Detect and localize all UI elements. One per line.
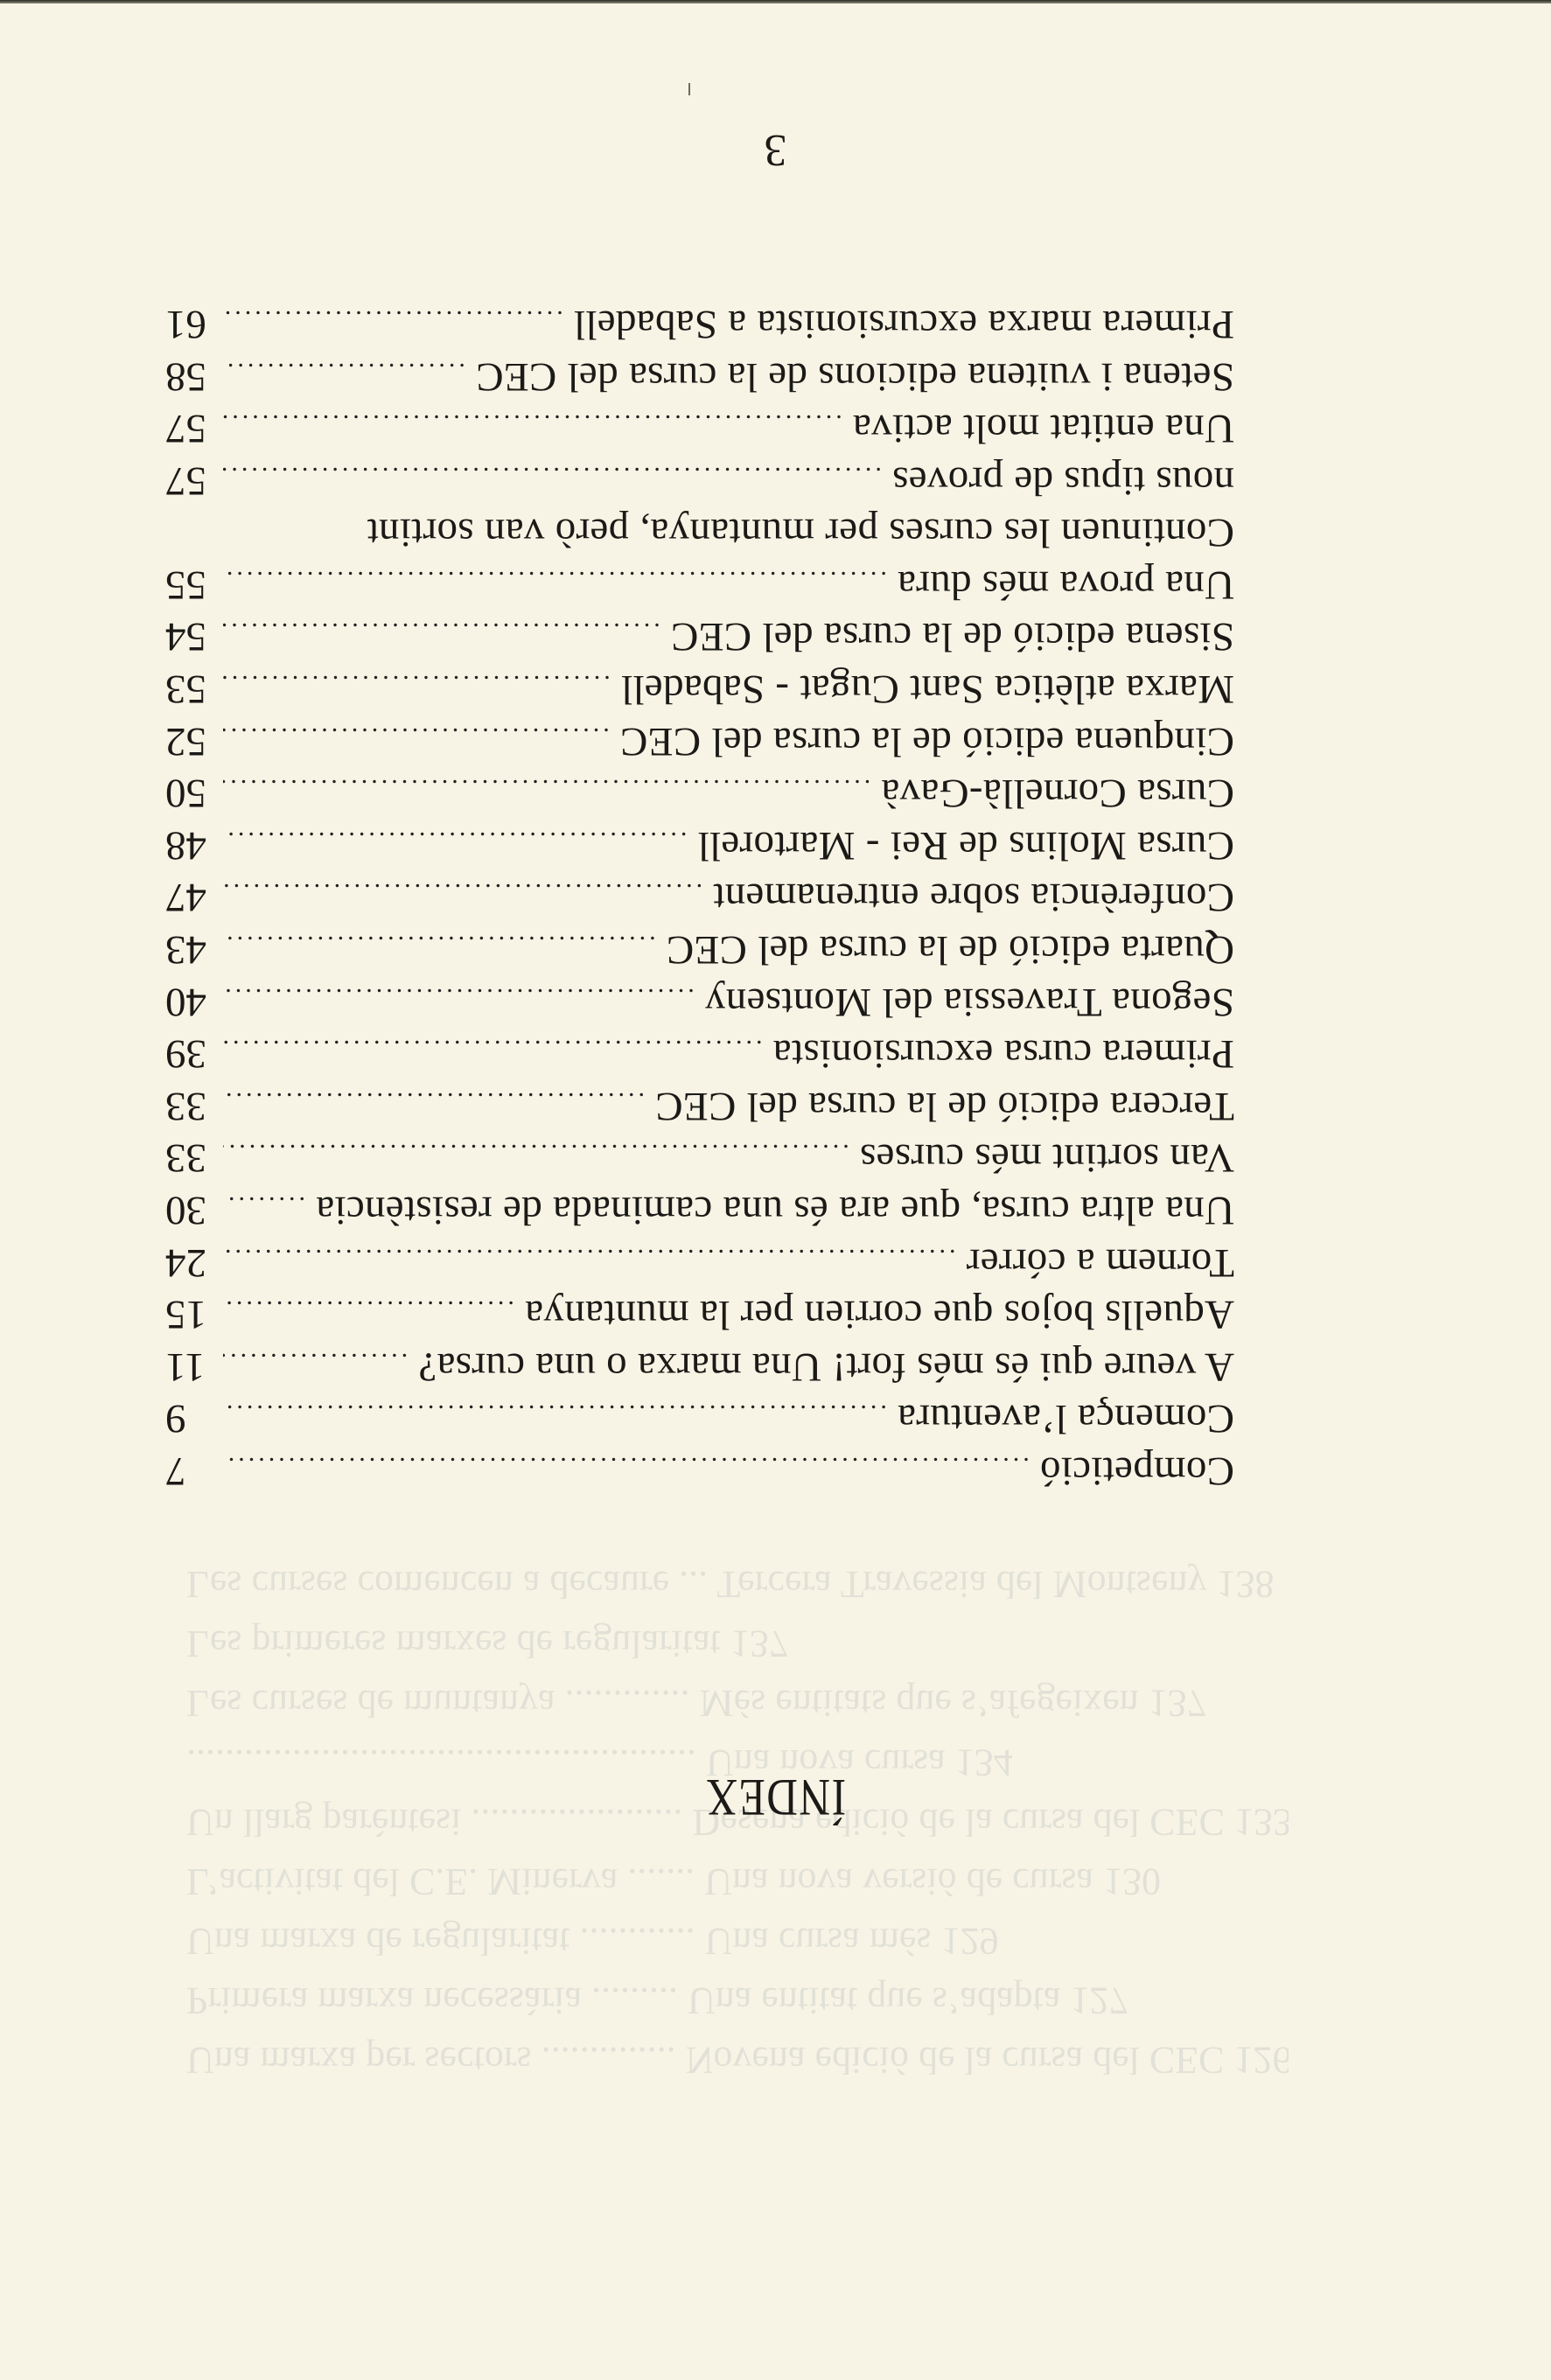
dot-leader xyxy=(223,293,563,345)
toc-entry: Cursa Molins de Rei - Martorell 48 xyxy=(165,819,1234,871)
toc-entry-title: Cinquena edició de la cursa del CEC xyxy=(620,715,1234,767)
dot-leader xyxy=(223,1127,849,1180)
toc-entry-page: 57 xyxy=(165,454,214,506)
toc-entry-title: Marxa atlètica Sant Cugat - Sabadell xyxy=(621,663,1234,715)
toc-entry-title: Segona Travessia del Montseny xyxy=(705,975,1234,1028)
toc-entry-page: 11 xyxy=(165,1340,214,1392)
toc-entry: A veure qui és més fort! Una marxa o una… xyxy=(165,1340,1234,1392)
toc-entry: Una entitat molt activa 57 xyxy=(165,402,1234,455)
toc-entry-page: 48 xyxy=(165,819,214,871)
dot-leader xyxy=(223,450,882,502)
toc-entry: Sisena edició de la cursa del CEC 54 xyxy=(165,611,1234,663)
dot-leader xyxy=(223,398,842,450)
toc-entry: Una altra cursa, que ara és una caminada… xyxy=(165,1183,1234,1236)
toc-entry-title: Una altra cursa, que ara és una caminada… xyxy=(316,1183,1234,1236)
toc-entry-page: 43 xyxy=(165,923,214,975)
toc-entry-title: Van sortint més curses xyxy=(860,1132,1234,1184)
dot-leader xyxy=(223,1388,887,1441)
toc-entry-page: 15 xyxy=(165,1288,214,1341)
toc-entry-title: A veure qui és més fort! Una marxa o una… xyxy=(418,1340,1234,1392)
dot-leader xyxy=(223,710,610,763)
dot-leader xyxy=(223,1179,305,1232)
toc-entry: Tercera edició de la cursa del CEC 33 xyxy=(165,1079,1234,1132)
table-of-contents: Competició 7 Comença l’aventura 9 A veur… xyxy=(165,297,1234,1497)
dot-leader xyxy=(223,1075,645,1127)
toc-entry-title: Tercera edició de la cursa del CEC xyxy=(655,1079,1234,1132)
toc-entry-page: 7 xyxy=(165,1444,214,1497)
toc-entry: Aquells bojos que corrien per la muntany… xyxy=(165,1288,1234,1341)
dot-leader xyxy=(223,554,887,606)
toc-entry-title: Primera cursa excursionista xyxy=(772,1028,1234,1080)
scan-speck xyxy=(688,83,690,95)
toc-entry-page: 58 xyxy=(165,350,214,402)
toc-entry-title: Continuen les curses per muntanya, però … xyxy=(367,506,1234,559)
dot-leader xyxy=(223,1336,408,1388)
toc-entry-title: Una entitat molt activa xyxy=(853,402,1234,455)
toc-entry-page: 30 xyxy=(165,1183,214,1236)
toc-entry-title: Comença l’aventura xyxy=(898,1392,1234,1445)
toc-entry-title: Tornem a córrer xyxy=(966,1236,1234,1288)
toc-entry-title: Conferència sobre entrenament xyxy=(713,871,1234,924)
toc-entry: Tornem a córrer 24 xyxy=(165,1236,1234,1288)
dot-leader xyxy=(223,867,702,919)
toc-entry-page: 55 xyxy=(165,558,214,611)
toc-entry-title: Cursa Molins de Rei - Martorell xyxy=(697,819,1234,871)
toc-entry-title: Cursa Cornellà-Gavà xyxy=(881,767,1234,820)
toc-entry-title: Primera marxa excursionista a Sabadell xyxy=(574,297,1234,350)
toc-entry: Primera cursa excursionista 39 xyxy=(165,1028,1234,1080)
toc-entry: Marxa atlètica Sant Cugat - Sabadell 53 xyxy=(165,663,1234,715)
toc-entry-first-line: Continuen les curses per muntanya, però … xyxy=(165,506,1234,559)
toc-entry: Una prova més dura 55 xyxy=(165,558,1234,611)
dot-leader xyxy=(223,345,465,398)
toc-entry-title: Setena i vuitena edicions de la cursa de… xyxy=(476,350,1234,402)
toc-entry: Comença l’aventura 9 xyxy=(165,1392,1234,1445)
toc-entry-title: Sisena edició de la cursa del CEC xyxy=(671,611,1234,663)
toc-entry: Setena i vuitena edicions de la cursa de… xyxy=(165,350,1234,402)
toc-entry-title: Aquells bojos que corrien per la muntany… xyxy=(525,1288,1234,1341)
dot-leader xyxy=(223,606,660,659)
toc-entry-page: 47 xyxy=(165,871,214,924)
toc-entry-page: 52 xyxy=(165,715,214,767)
toc-entry: Primera marxa excursionista a Sabadell 6… xyxy=(165,297,1234,350)
dot-leader xyxy=(223,763,870,815)
toc-entry-title: Competició xyxy=(1040,1444,1234,1497)
toc-entry: Competició 7 xyxy=(165,1444,1234,1497)
toc-entry: Van sortint més curses 33 xyxy=(165,1132,1234,1184)
dot-leader xyxy=(223,971,695,1023)
dot-leader xyxy=(223,659,611,711)
toc-entry-page: 33 xyxy=(165,1132,214,1184)
toc-entry-page: 33 xyxy=(165,1079,214,1132)
scanner-edge xyxy=(0,0,1551,3)
toc-entry-page: 24 xyxy=(165,1236,214,1288)
dot-leader xyxy=(223,1284,514,1337)
toc-entry: Quarta edició de la cursa del CEC 43 xyxy=(165,923,1234,975)
toc-entry: Conferència sobre entrenament 47 xyxy=(165,871,1234,924)
toc-entry-title: Una prova més dura xyxy=(898,558,1234,611)
dot-leader xyxy=(223,1440,1030,1492)
toc-entry-page: 39 xyxy=(165,1028,214,1080)
dot-leader xyxy=(223,1023,762,1076)
toc-entry-page: 54 xyxy=(165,611,214,663)
dot-leader xyxy=(223,814,687,867)
toc-entry-title: Quarta edició de la cursa del CEC xyxy=(667,923,1234,975)
toc-entry-page: 50 xyxy=(165,767,214,820)
toc-entry-page: 40 xyxy=(165,975,214,1028)
page-number: 3 xyxy=(0,124,1551,176)
book-page: Una marxa per sectors .............. Nov… xyxy=(0,0,1551,2380)
toc-entry-page: 53 xyxy=(165,663,214,715)
dot-leader xyxy=(223,1232,955,1284)
toc-entry-page: 57 xyxy=(165,402,214,455)
toc-entry: Cursa Cornellà-Gavà 50 xyxy=(165,767,1234,820)
toc-entry-continuation: nous tipus de proves 57 xyxy=(165,454,1234,506)
toc-entry-title: nous tipus de proves xyxy=(892,454,1234,506)
toc-entry-page: 61 xyxy=(165,297,214,350)
page-title: ÍNDEX xyxy=(140,1767,1412,1827)
toc-entry: Segona Travessia del Montseny 40 xyxy=(165,975,1234,1028)
toc-entry-page: 9 xyxy=(165,1392,214,1445)
toc-entry: Cinquena edició de la cursa del CEC 52 xyxy=(165,715,1234,767)
dot-leader xyxy=(223,918,656,971)
